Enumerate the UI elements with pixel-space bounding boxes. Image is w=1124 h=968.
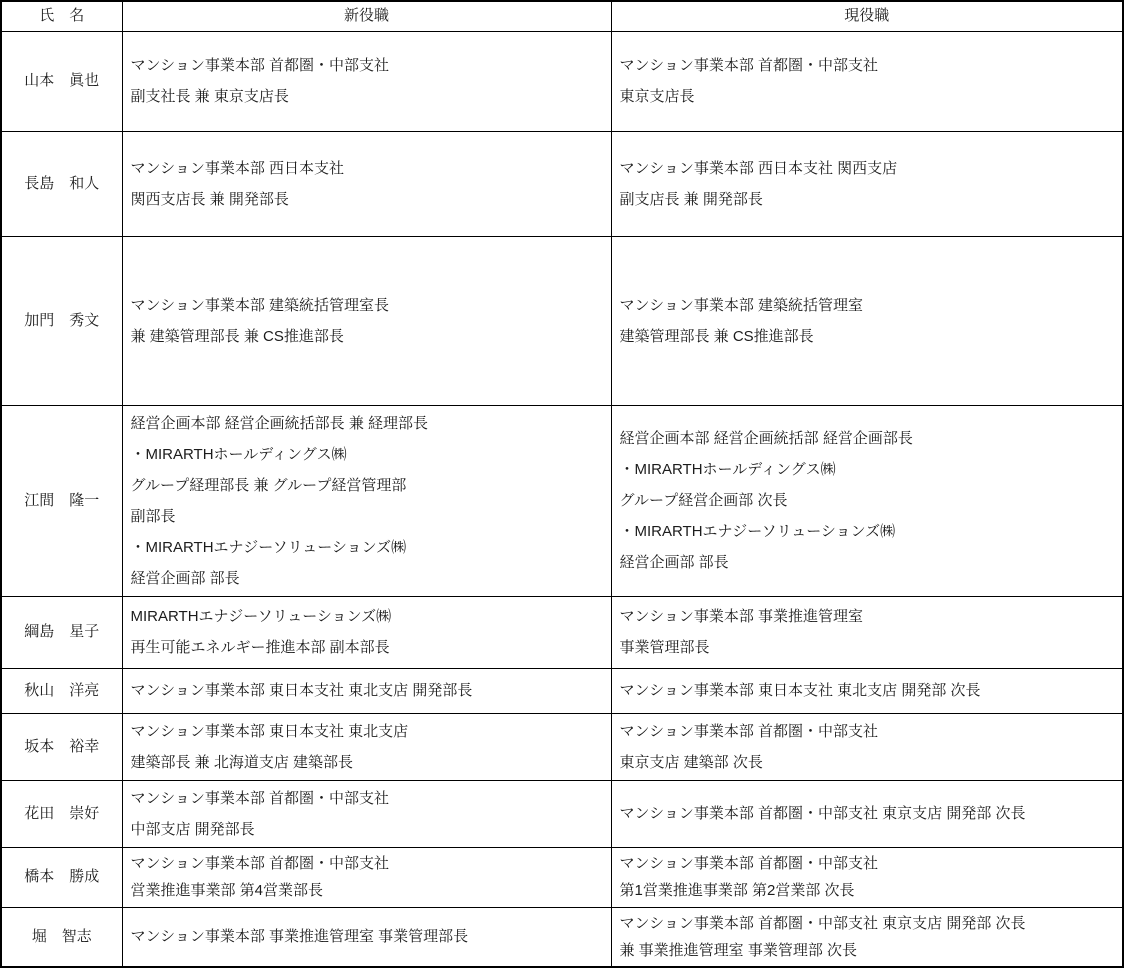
- personnel-table: 氏 名 新役職 現役職 山本 眞也 マンション事業本部 首都圏・中部支社 副支社…: [0, 0, 1124, 968]
- table-row: 綱島 星子 MIRARTHエナジーソリューションズ㈱ 再生可能エネルギー推進本部…: [1, 596, 1123, 668]
- new-position-cell: 経営企画本部 経営企画統括部長 兼 経理部長 ・MIRARTHホールディングス㈱…: [122, 405, 611, 596]
- new-position-cell: マンション事業本部 首都圏・中部支社 営業推進事業部 第4営業部長: [122, 847, 611, 907]
- name-cell: 山本 眞也: [1, 31, 122, 131]
- table-row: 長島 和人 マンション事業本部 西日本支社 関西支店長 兼 開発部長 マンション…: [1, 131, 1123, 236]
- table-row: 堀 智志 マンション事業本部 事業推進管理室 事業管理部長 マンション事業本部 …: [1, 907, 1123, 967]
- name-cell: 綱島 星子: [1, 596, 122, 668]
- name-cell: 江間 隆一: [1, 405, 122, 596]
- current-position-cell: マンション事業本部 建築統括管理室 建築管理部長 兼 CS推進部長: [611, 236, 1123, 405]
- name-cell: 坂本 裕幸: [1, 713, 122, 780]
- new-position-cell: マンション事業本部 建築統括管理室長 兼 建築管理部長 兼 CS推進部長: [122, 236, 611, 405]
- current-position-cell: マンション事業本部 首都圏・中部支社 東京支店 開発部 次長: [611, 780, 1123, 847]
- table-row: 山本 眞也 マンション事業本部 首都圏・中部支社 副支社長 兼 東京支店長 マン…: [1, 31, 1123, 131]
- new-position-cell: マンション事業本部 首都圏・中部支社 副支社長 兼 東京支店長: [122, 31, 611, 131]
- name-cell: 花田 崇好: [1, 780, 122, 847]
- personnel-change-document: 氏 名 新役職 現役職 山本 眞也 マンション事業本部 首都圏・中部支社 副支社…: [0, 0, 1124, 960]
- new-position-cell: マンション事業本部 首都圏・中部支社 中部支店 開発部長: [122, 780, 611, 847]
- name-cell: 秋山 洋亮: [1, 668, 122, 713]
- current-position-cell: マンション事業本部 首都圏・中部支社 東京支店 開発部 次長 兼 事業推進管理室…: [611, 907, 1123, 967]
- name-cell: 加門 秀文: [1, 236, 122, 405]
- header-new-position: 新役職: [122, 1, 611, 31]
- table-header-row: 氏 名 新役職 現役職: [1, 1, 1123, 31]
- table-row: 坂本 裕幸 マンション事業本部 東日本支社 東北支店 建築部長 兼 北海道支店 …: [1, 713, 1123, 780]
- current-position-cell: マンション事業本部 首都圏・中部支社 第1営業推進事業部 第2営業部 次長: [611, 847, 1123, 907]
- new-position-cell: MIRARTHエナジーソリューションズ㈱ 再生可能エネルギー推進本部 副本部長: [122, 596, 611, 668]
- table-row: 花田 崇好 マンション事業本部 首都圏・中部支社 中部支店 開発部長 マンション…: [1, 780, 1123, 847]
- name-cell: 長島 和人: [1, 131, 122, 236]
- new-position-cell: マンション事業本部 西日本支社 関西支店長 兼 開発部長: [122, 131, 611, 236]
- header-name: 氏 名: [1, 1, 122, 31]
- table-row: 加門 秀文 マンション事業本部 建築統括管理室長 兼 建築管理部長 兼 CS推進…: [1, 236, 1123, 405]
- new-position-cell: マンション事業本部 東日本支社 東北支店 開発部長: [122, 668, 611, 713]
- current-position-cell: マンション事業本部 西日本支社 関西支店 副支店長 兼 開発部長: [611, 131, 1123, 236]
- new-position-cell: マンション事業本部 事業推進管理室 事業管理部長: [122, 907, 611, 967]
- current-position-cell: マンション事業本部 首都圏・中部支社 東京支店 建築部 次長: [611, 713, 1123, 780]
- name-cell: 堀 智志: [1, 907, 122, 967]
- current-position-cell: 経営企画本部 経営企画統括部 経営企画部長 ・MIRARTHホールディングス㈱ …: [611, 405, 1123, 596]
- new-position-cell: マンション事業本部 東日本支社 東北支店 建築部長 兼 北海道支店 建築部長: [122, 713, 611, 780]
- name-cell: 橋本 勝成: [1, 847, 122, 907]
- current-position-cell: マンション事業本部 首都圏・中部支社 東京支店長: [611, 31, 1123, 131]
- table-row: 橋本 勝成 マンション事業本部 首都圏・中部支社 営業推進事業部 第4営業部長 …: [1, 847, 1123, 907]
- header-current-position: 現役職: [611, 1, 1123, 31]
- current-position-cell: マンション事業本部 事業推進管理室 事業管理部長: [611, 596, 1123, 668]
- current-position-cell: マンション事業本部 東日本支社 東北支店 開発部 次長: [611, 668, 1123, 713]
- table-row: 江間 隆一 経営企画本部 経営企画統括部長 兼 経理部長 ・MIRARTHホール…: [1, 405, 1123, 596]
- table-row: 秋山 洋亮 マンション事業本部 東日本支社 東北支店 開発部長 マンション事業本…: [1, 668, 1123, 713]
